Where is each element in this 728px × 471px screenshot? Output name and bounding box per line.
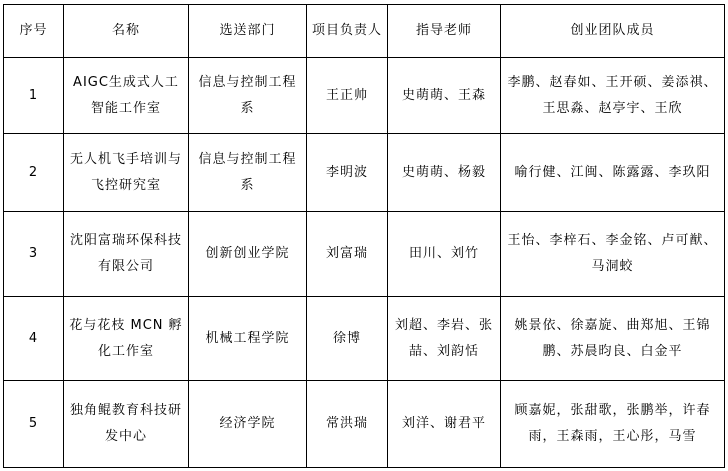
header-advisor: 指导老师 xyxy=(388,5,501,58)
cell-index: 4 xyxy=(4,297,64,381)
header-index: 序号 xyxy=(4,5,64,58)
cell-leader: 徐博 xyxy=(307,297,388,381)
table-row: 4 花与花枝 MCN 孵化工作室 机械工程学院 徐博 刘超、李岩、张喆、刘韵恬 … xyxy=(4,297,725,381)
cell-leader: 常洪瑞 xyxy=(307,381,388,468)
table-row: 2 无人机飞手培训与飞控研究室 信息与控制工程系 李明波 史萌萌、杨毅 喻行健、… xyxy=(4,134,725,212)
header-row: 序号 名称 选送部门 项目负责人 指导老师 创业团队成员 xyxy=(4,5,725,58)
cell-name: 无人机飞手培训与飞控研究室 xyxy=(64,134,189,212)
cell-members: 喻行健、江闽、陈露露、李玖阳 xyxy=(501,134,725,212)
cell-name: 花与花枝 MCN 孵化工作室 xyxy=(64,297,189,381)
cell-advisor: 史萌萌、杨毅 xyxy=(388,134,501,212)
table-row: 1 AIGC生成式人工智能工作室 信息与控制工程系 王正帅 史萌萌、王森 李鹏、… xyxy=(4,58,725,134)
header-department: 选送部门 xyxy=(189,5,307,58)
cell-leader: 李明波 xyxy=(307,134,388,212)
cell-members: 王怡、李梓石、李金铭、卢可猷、马洞蛟 xyxy=(501,212,725,297)
cell-index: 1 xyxy=(4,58,64,134)
cell-leader: 刘富瑞 xyxy=(307,212,388,297)
header-leader: 项目负责人 xyxy=(307,5,388,58)
cell-index: 3 xyxy=(4,212,64,297)
cell-index: 2 xyxy=(4,134,64,212)
cell-advisor: 田川、刘竹 xyxy=(388,212,501,297)
table-row: 3 沈阳富瑞环保科技有限公司 创新创业学院 刘富瑞 田川、刘竹 王怡、李梓石、李… xyxy=(4,212,725,297)
cell-leader: 王正帅 xyxy=(307,58,388,134)
cell-name: 独角鲲教育科技研发中心 xyxy=(64,381,189,468)
cell-department: 经济学院 xyxy=(189,381,307,468)
cell-advisor: 刘洋、谢君平 xyxy=(388,381,501,468)
cell-advisor: 刘超、李岩、张喆、刘韵恬 xyxy=(388,297,501,381)
cell-index: 5 xyxy=(4,381,64,468)
cell-department: 机械工程学院 xyxy=(189,297,307,381)
cell-department: 创新创业学院 xyxy=(189,212,307,297)
cell-department: 信息与控制工程系 xyxy=(189,58,307,134)
cell-members: 李鹏、赵春如、王开硕、姜添祺、王思淼、赵亭宇、王欣 xyxy=(501,58,725,134)
cell-name: 沈阳富瑞环保科技有限公司 xyxy=(64,212,189,297)
cell-members: 顾嘉妮，张甜歌，张鹏举，许春雨，王森雨，王心彤，马雪 xyxy=(501,381,725,468)
cell-advisor: 史萌萌、王森 xyxy=(388,58,501,134)
table-row: 5 独角鲲教育科技研发中心 经济学院 常洪瑞 刘洋、谢君平 顾嘉妮，张甜歌，张鹏… xyxy=(4,381,725,468)
cell-department: 信息与控制工程系 xyxy=(189,134,307,212)
header-name: 名称 xyxy=(64,5,189,58)
header-members: 创业团队成员 xyxy=(501,5,725,58)
cell-name: AIGC生成式人工智能工作室 xyxy=(64,58,189,134)
startup-projects-table: 序号 名称 选送部门 项目负责人 指导老师 创业团队成员 1 AIGC生成式人工… xyxy=(3,4,725,468)
cell-members: 姚景依、徐嘉旋、曲郑旭、王锦鹏、苏晨昀良、白金平 xyxy=(501,297,725,381)
